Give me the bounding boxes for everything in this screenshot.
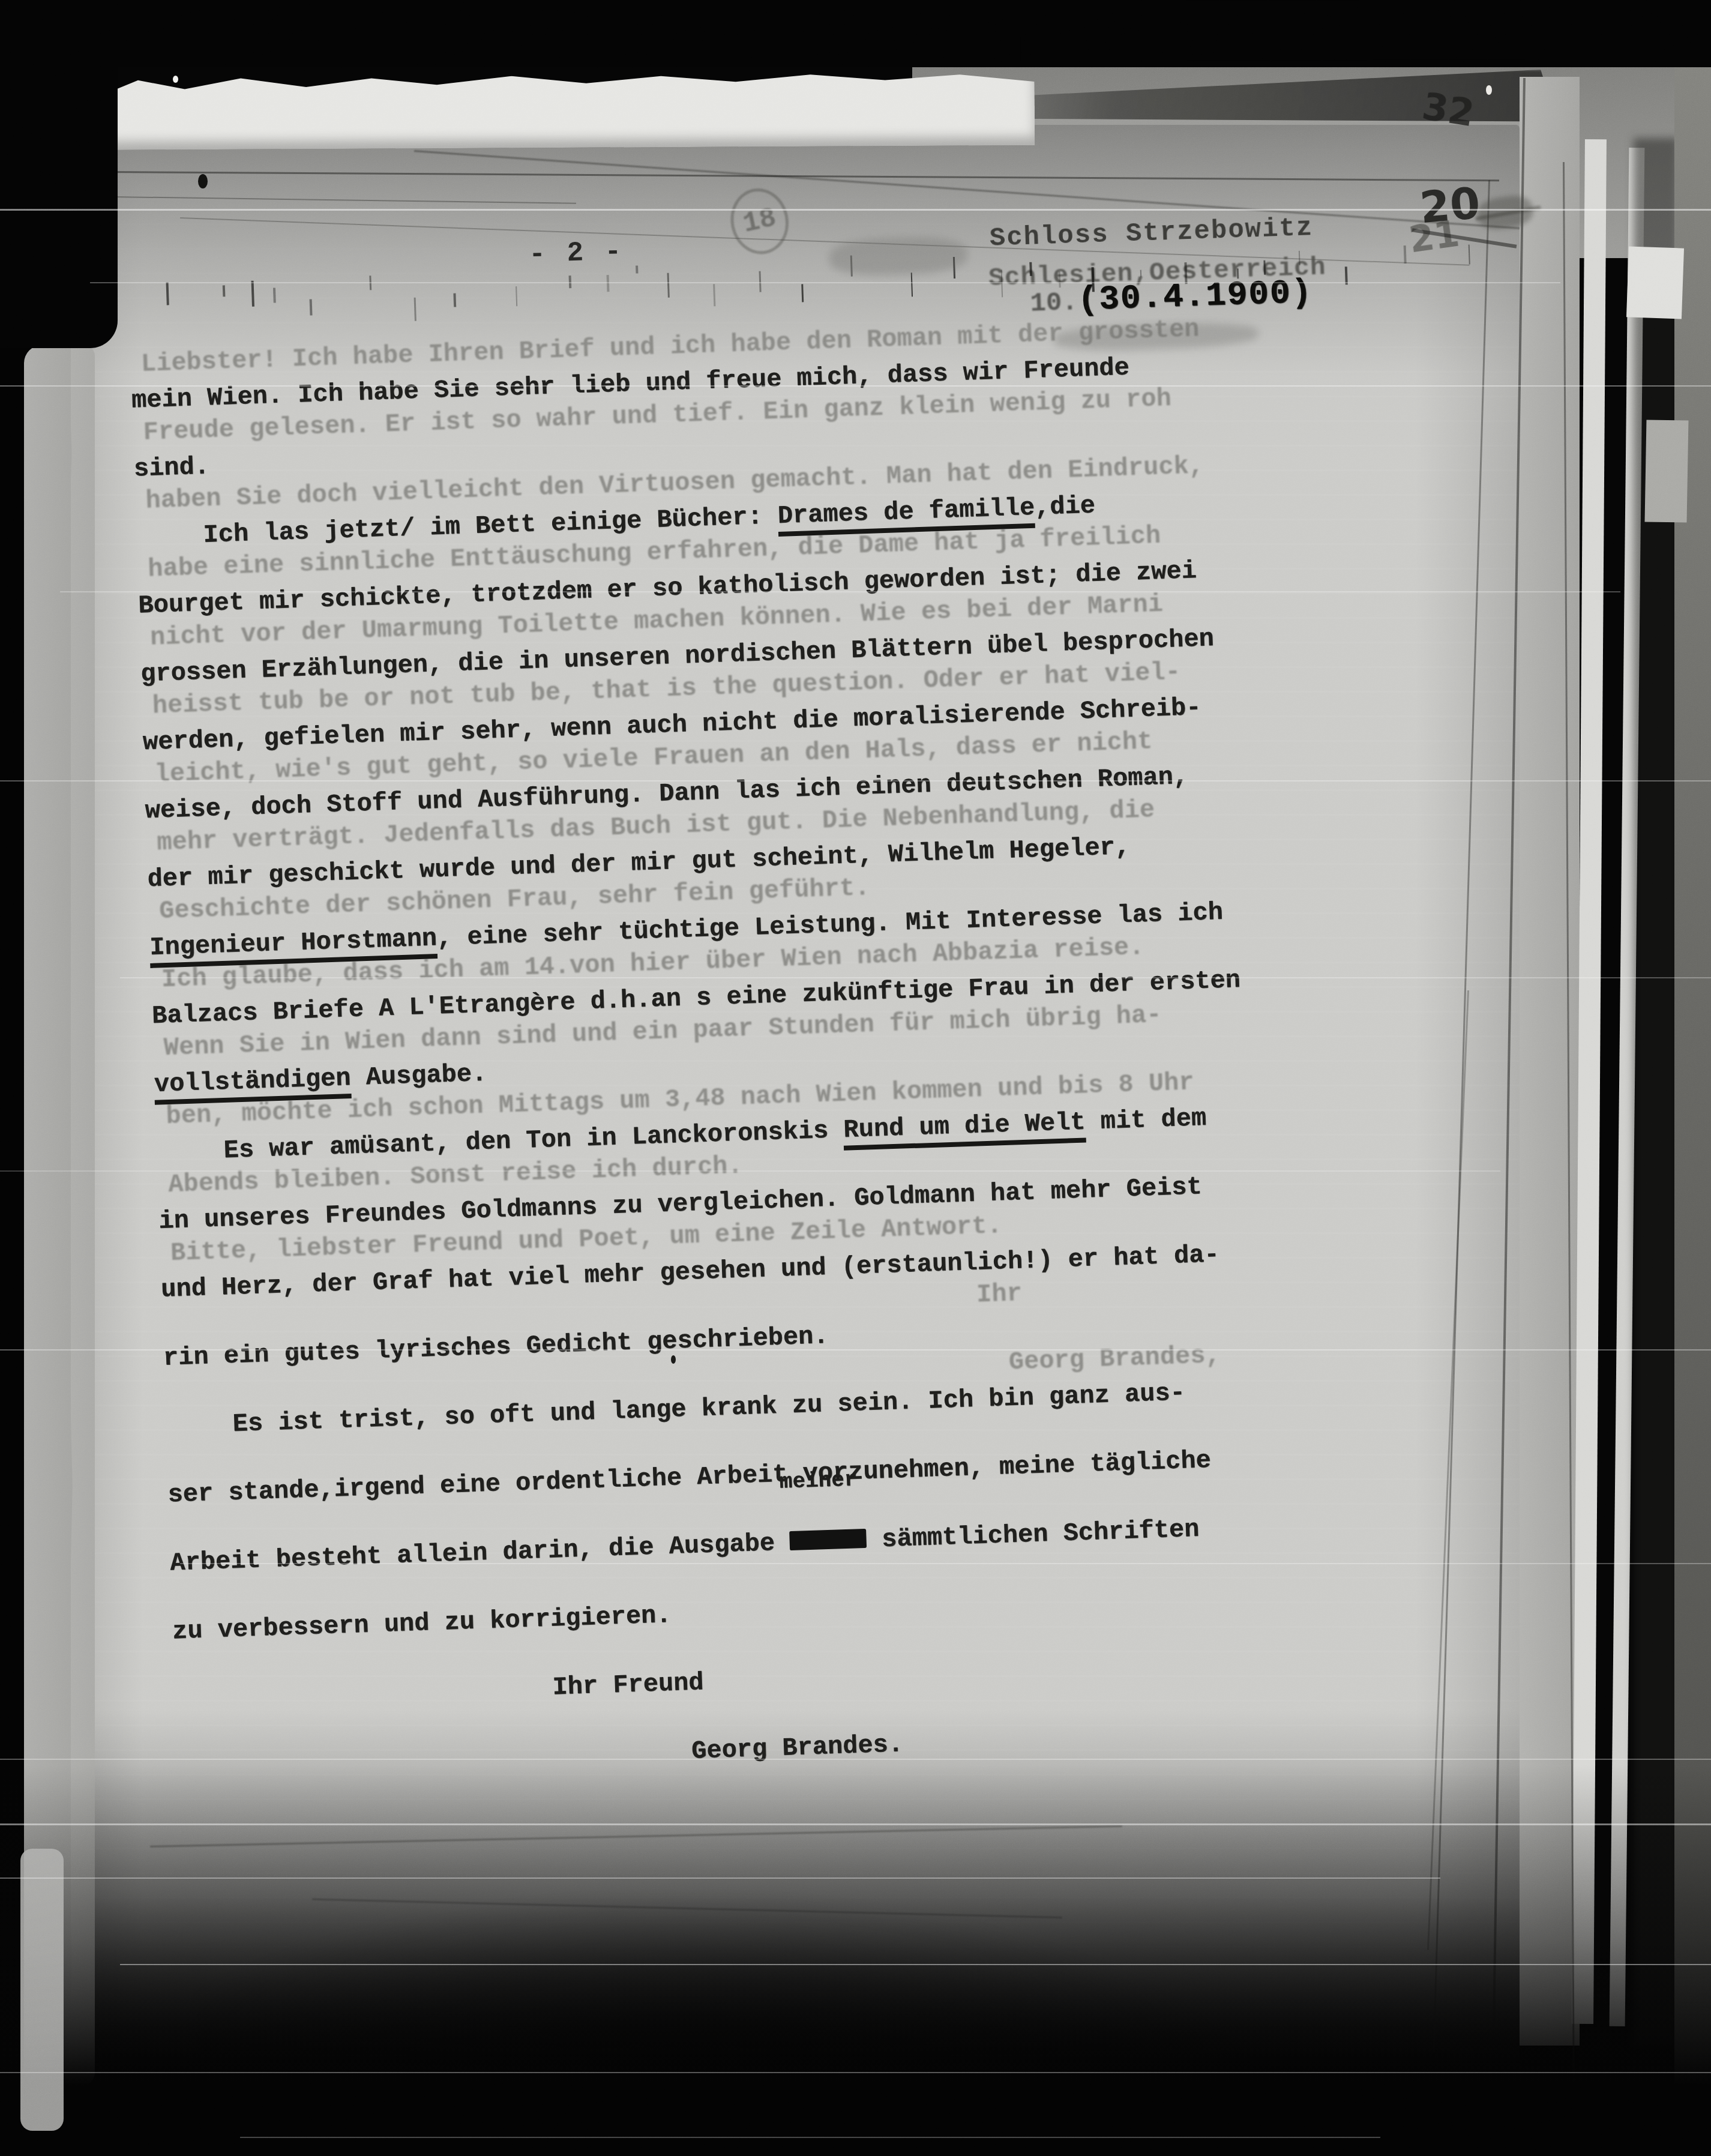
line-text: Georg Brandes. <box>691 1730 903 1766</box>
line-text: Es war amüsant, den Ton in Lanckoronskis <box>223 1116 844 1165</box>
tick-mark <box>1469 244 1470 265</box>
line-text: sämmtlichen Schriften <box>866 1515 1200 1555</box>
dust-speck <box>671 1355 676 1364</box>
tick-mark <box>370 276 371 290</box>
inserted-word: meiner <box>779 1469 858 1493</box>
line-text: Ausgabe. <box>350 1059 487 1092</box>
dust-speck <box>173 76 178 83</box>
line-text: zu verbessern und zu korrigieren. <box>172 1601 672 1646</box>
top-right-black-corner <box>1020 0 1711 61</box>
left-bottom-strip <box>20 1849 64 2131</box>
tick-mark <box>223 285 226 297</box>
tick-mark <box>309 300 312 316</box>
line-text: sind. <box>133 452 210 483</box>
archival-photo: - 2 - 18 Schloss Strzebowitz Schlesien,O… <box>0 0 1711 2156</box>
line-text: ,die <box>1034 491 1095 522</box>
underlined-title: vollständigen <box>154 1064 351 1105</box>
letter-text: mein Wien. Ich habe Sie sehr lieb und fr… <box>130 325 1437 1802</box>
tick-mark <box>1029 262 1032 276</box>
underlined-title: Rund um die Welt <box>843 1107 1086 1150</box>
dust-speck <box>1486 85 1492 95</box>
tick-mark <box>1345 266 1348 285</box>
tick-mark <box>1140 270 1141 277</box>
tick-mark <box>607 275 610 292</box>
line-text: der mir geschickt wurde und der mir gut … <box>147 833 1131 894</box>
tick-mark <box>1000 270 1003 298</box>
tick-mark <box>273 288 276 303</box>
line-text: , eine sehr tüchtige Leistung. Mit Inter… <box>436 898 1223 953</box>
tick-mark <box>251 281 254 307</box>
tick-mark <box>516 286 517 306</box>
tick-mark <box>166 283 169 306</box>
circled-number-text: 18 <box>740 203 779 240</box>
line-text: Es ist trist, so oft und lange krank zu … <box>232 1378 1186 1439</box>
tick-mark <box>713 284 716 306</box>
handwritten-number-32: 32 <box>1419 84 1478 136</box>
tick-mark <box>667 273 670 298</box>
tick-mark <box>636 266 638 273</box>
tick-mark <box>910 273 913 297</box>
line-text: Ich las jetzt/ im Bett einige Bücher: <box>203 502 778 550</box>
tick-mark <box>1092 267 1095 292</box>
tick-mark <box>759 271 761 292</box>
line-text: rin ein gutes lyrisches Gedicht geschrie… <box>163 1322 829 1373</box>
tick-mark <box>1404 245 1406 263</box>
tick-mark <box>1299 251 1301 265</box>
line-text: Ihr Freund <box>552 1668 704 1702</box>
tick-mark <box>453 293 456 307</box>
tick-mark <box>1236 268 1239 279</box>
struck-out-word <box>789 1529 867 1550</box>
tick-mark <box>802 284 804 303</box>
underlined-title: Ingenieur Horstmann <box>149 924 438 968</box>
bottom-black-border <box>0 1765 1711 2156</box>
line-text: Arbeit besteht allein darin, die Ausgabe <box>170 1528 790 1577</box>
tick-mark <box>569 276 571 288</box>
tick-mark <box>1264 260 1266 275</box>
tick-mark <box>1185 262 1188 284</box>
tick-mark <box>413 297 416 321</box>
line-text: mein Wien. Ich habe Sie sehr lieb und fr… <box>131 353 1129 415</box>
dust-speck <box>198 174 208 188</box>
top-left-black-corner <box>0 0 118 348</box>
tick-mark <box>1058 271 1060 288</box>
underlined-title: Drames de famille <box>777 493 1035 537</box>
line-text: mit dem <box>1085 1104 1207 1137</box>
